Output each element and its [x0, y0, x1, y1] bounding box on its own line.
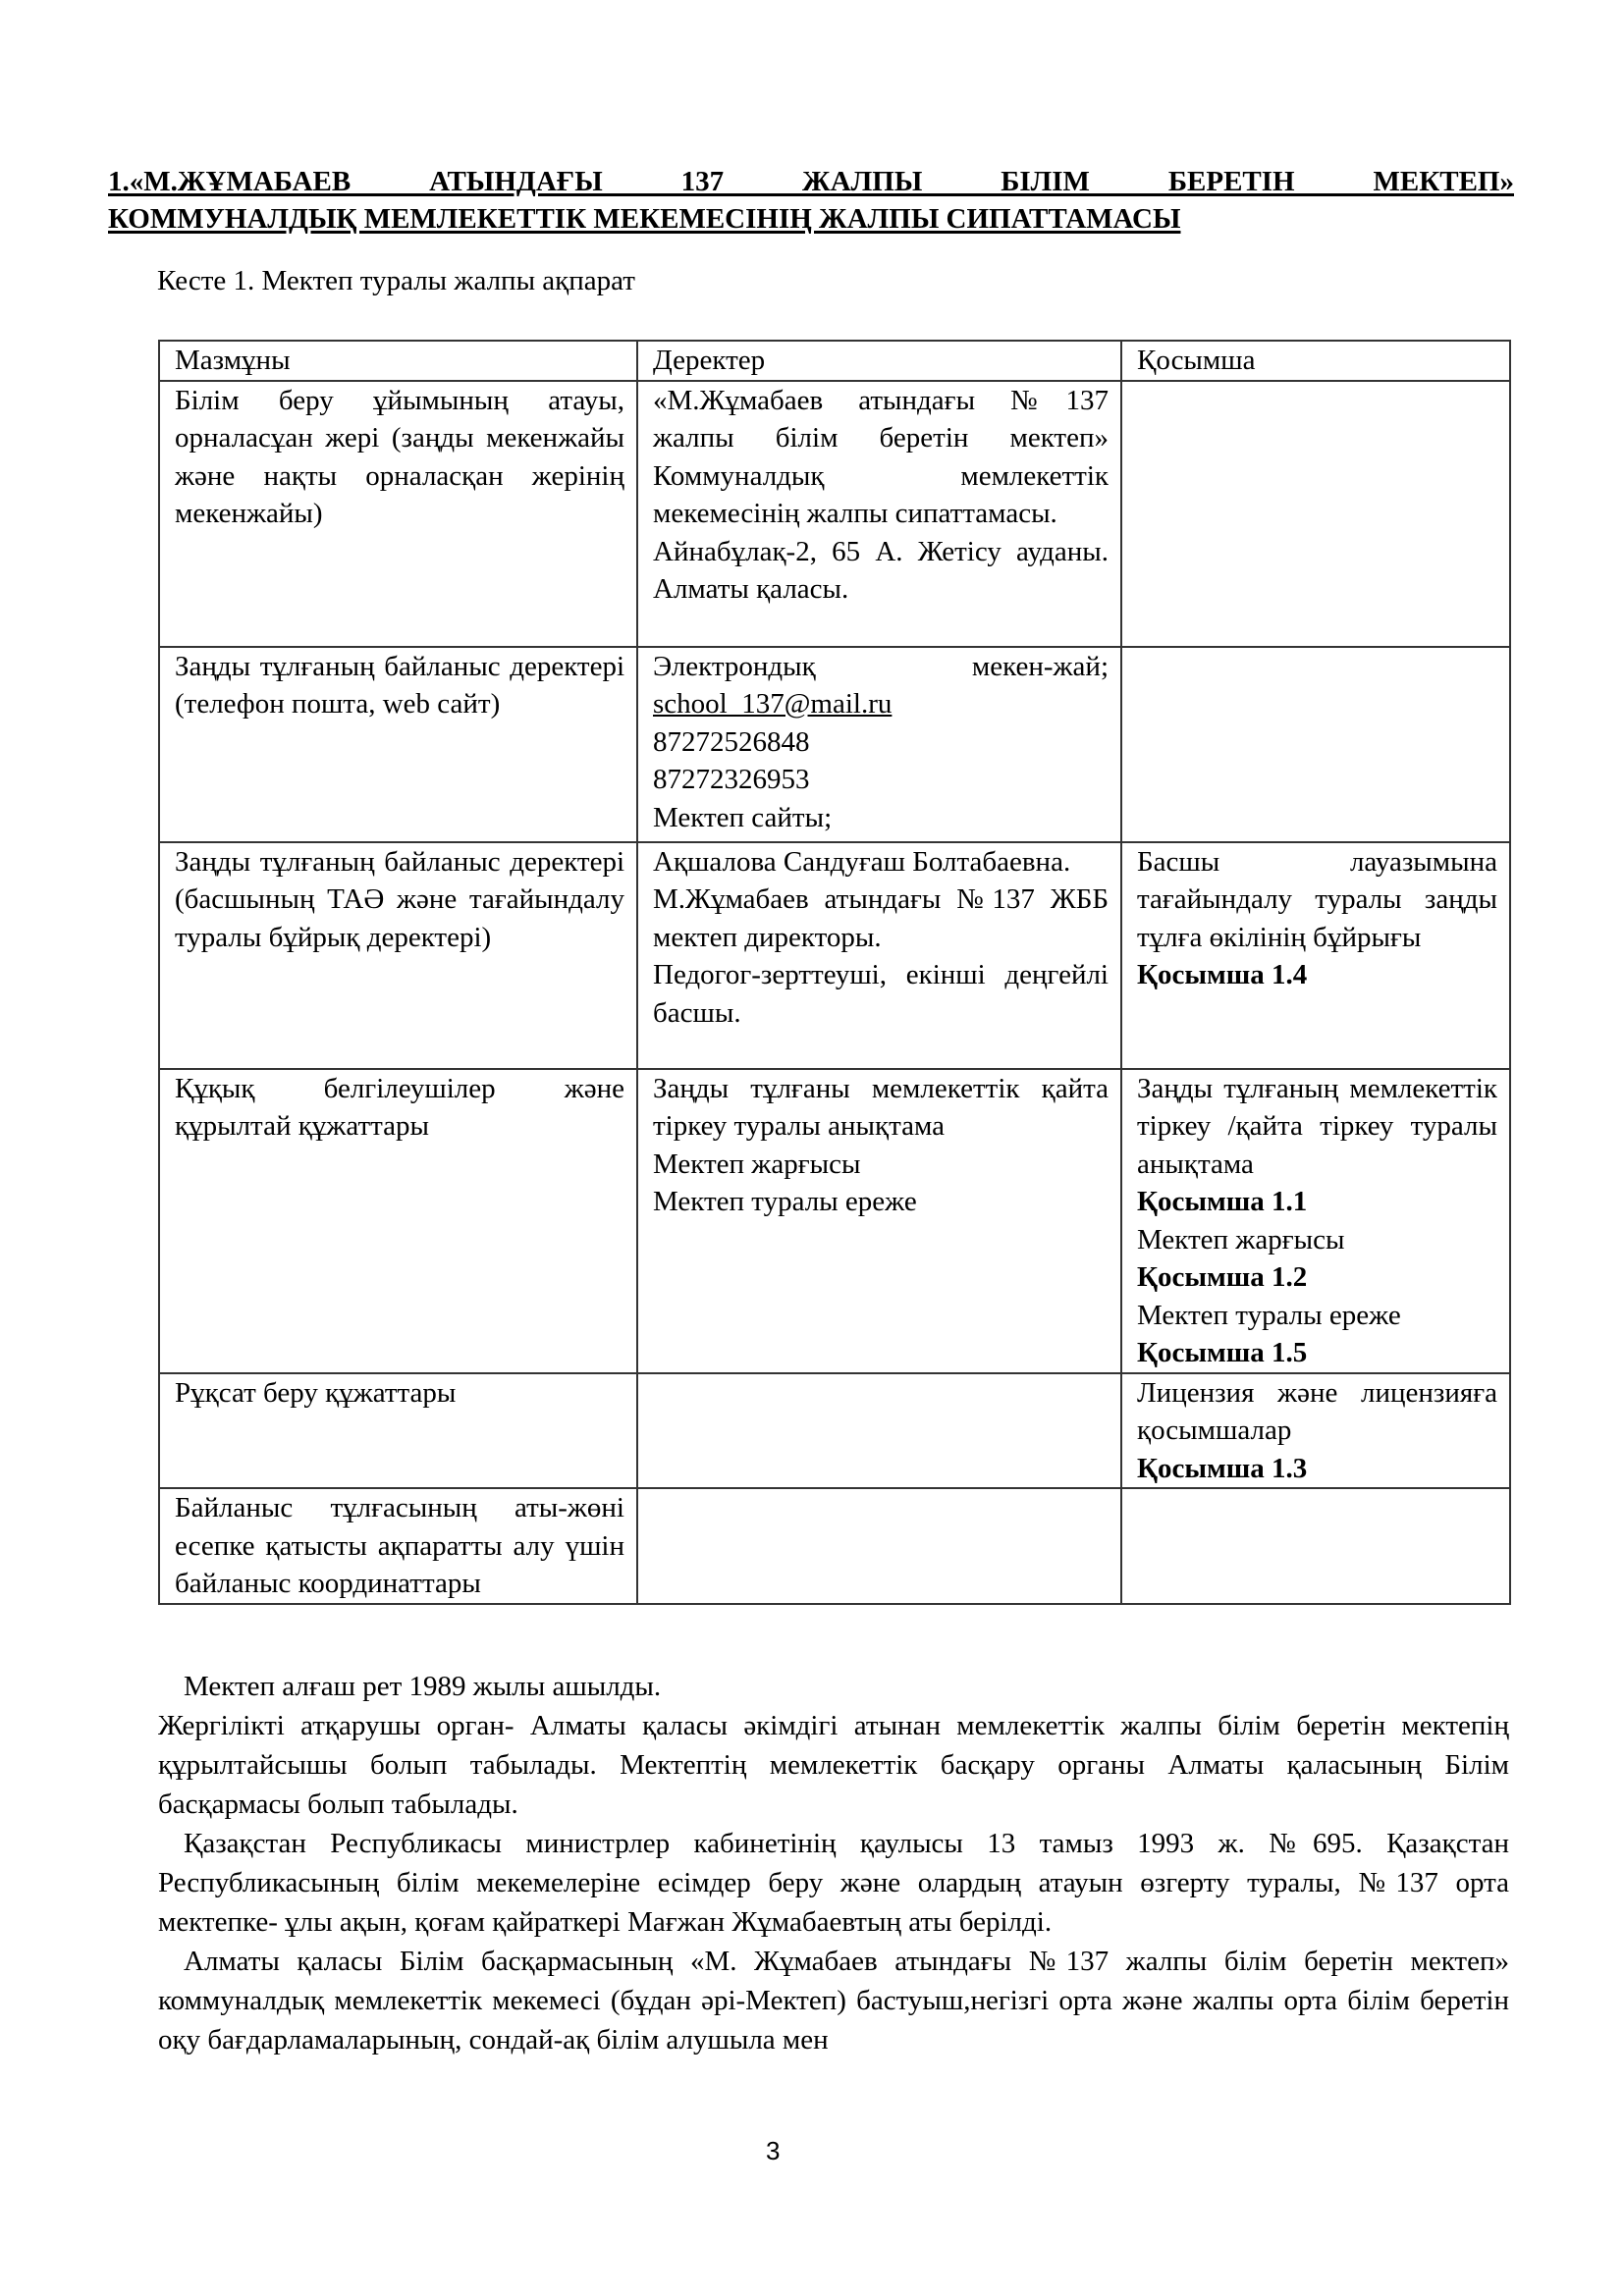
appendix-ref: Қосымша 1.4 [1137, 956, 1497, 994]
data-line: Мектеп жарғысы [653, 1146, 1109, 1184]
data-line: Мектеп туралы ереже [653, 1183, 1109, 1221]
table-header-row: Мазмұны Деректер Қосымша [159, 341, 1510, 381]
appendix-ref: Қосымша 1.1 [1137, 1183, 1497, 1221]
cell-data [637, 1488, 1121, 1604]
table-row: Рұқсат беру құжаттары Лицензия және лице… [159, 1373, 1510, 1489]
paragraph: Жергілікті атқарушы орган- Алматы қаласы… [158, 1706, 1509, 1824]
phone-number: 87272326953 [653, 761, 1109, 799]
director-name: Ақшалова Сандуғаш Болтабаевна. [653, 843, 1109, 881]
section-heading: 1.«М.ЖҰМАБАЕВ АТЫНДАҒЫ 137 ЖАЛПЫ БІЛІМ Б… [108, 163, 1514, 238]
header-appendix: Қосымша [1121, 341, 1510, 381]
table-row: Заңды тұлғаның байланыс деректері (басшы… [159, 842, 1510, 1069]
cell-data: Ақшалова Сандуғаш Болтабаевна. М.Жұмабае… [637, 842, 1121, 1069]
table-row: Байланыс тұлғасының аты-жөні есепке қаты… [159, 1488, 1510, 1604]
director-title: М.Жұмабаев атындағы №137 ЖББ мектеп дире… [653, 881, 1109, 956]
appendix-text: Басшы лауазымына тағайындалу туралы заңд… [1137, 843, 1497, 957]
cell-appendix [1121, 381, 1510, 647]
cell-appendix [1121, 1488, 1510, 1604]
cell-content: Заңды тұлғаның байланыс деректері (басшы… [159, 842, 637, 1069]
cell-content: Байланыс тұлғасының аты-жөні есепке қаты… [159, 1488, 637, 1604]
header-content: Мазмұны [159, 341, 637, 381]
table-row: Білім беру ұйымының атауы, орналасұан же… [159, 381, 1510, 647]
heading-line-2: КОММУНАЛДЫҚ МЕМЛЕКЕТТІК МЕКЕМЕСІНІҢ ЖАЛП… [108, 200, 1514, 238]
cell-appendix: Басшы лауазымына тағайындалу туралы заңд… [1121, 842, 1510, 1069]
cell-content: Заңды тұлғаның байланыс деректері (телеф… [159, 647, 637, 842]
cell-appendix [1121, 647, 1510, 842]
paragraph: Қазақстан Республикасы министрлер кабине… [158, 1824, 1509, 1942]
email-label: Электрондық мекен-жай; [653, 648, 1109, 686]
heading-line-1: 1.«М.ЖҰМАБАЕВ АТЫНДАҒЫ 137 ЖАЛПЫ БІЛІМ Б… [108, 163, 1514, 200]
paragraph: Мектеп алғаш рет 1989 жылы ашылды. [158, 1667, 1509, 1706]
email-link[interactable]: school_137@mail.ru [653, 688, 892, 720]
site-label: Мектеп сайты; [653, 799, 1109, 837]
data-line: Заңды тұлғаны мемлекеттік қайта тіркеу т… [653, 1070, 1109, 1146]
paragraph: Алматы қаласы Білім басқармасының «М. Жұ… [158, 1942, 1509, 2059]
cell-data [637, 1373, 1121, 1489]
cell-data: Электрондық мекен-жай; school_137@mail.r… [637, 647, 1121, 842]
cell-content: Білім беру ұйымының атауы, орналасұан же… [159, 381, 637, 647]
data-line: Айнабұлақ-2, 65 А. Жетісу ауданы. Алматы… [653, 533, 1109, 609]
body-text: Мектеп алғаш рет 1989 жылы ашылды. Жергі… [158, 1667, 1509, 2059]
header-data: Деректер [637, 341, 1121, 381]
appendix-ref: Қосымша 1.3 [1137, 1450, 1497, 1488]
appendix-text: Заңды тұлғаның мемлекеттік тіркеу /қайта… [1137, 1070, 1497, 1184]
page-number: 3 [766, 2136, 780, 2166]
appendix-text: Мектеп жарғысы [1137, 1221, 1497, 1259]
cell-content: Рұқсат беру құжаттары [159, 1373, 637, 1489]
document-page: 1.«М.ЖҰМАБАЕВ АТЫНДАҒЫ 137 ЖАЛПЫ БІЛІМ Б… [0, 0, 1624, 2296]
appendix-ref: Қосымша 1.2 [1137, 1258, 1497, 1297]
school-info-table: Мазмұны Деректер Қосымша Білім беру ұйым… [158, 340, 1511, 1605]
appendix-text: Мектеп туралы ереже [1137, 1297, 1497, 1335]
table-row: Құқық белгілеушілер және құрылтай құжатт… [159, 1069, 1510, 1373]
table-row: Заңды тұлғаның байланыс деректері (телеф… [159, 647, 1510, 842]
cell-data: «М.Жұмабаев атындағы №137 жалпы білім бе… [637, 381, 1121, 647]
data-line: «М.Жұмабаев атындағы №137 жалпы білім бе… [653, 382, 1109, 533]
cell-content: Құқық белгілеушілер және құрылтай құжатт… [159, 1069, 637, 1373]
director-rank: Педогог-зерттеуші, екінші деңгейлі басшы… [653, 956, 1109, 1032]
phone-number: 87272526848 [653, 723, 1109, 762]
appendix-ref: Қосымша 1.5 [1137, 1334, 1497, 1372]
cell-appendix: Заңды тұлғаның мемлекеттік тіркеу /қайта… [1121, 1069, 1510, 1373]
cell-appendix: Лицензия және лицензияға қосымшалар Қосы… [1121, 1373, 1510, 1489]
cell-data: Заңды тұлғаны мемлекеттік қайта тіркеу т… [637, 1069, 1121, 1373]
table-caption: Кесте 1. Мектеп туралы жалпы ақпарат [157, 263, 635, 298]
appendix-text: Лицензия және лицензияға қосымшалар [1137, 1374, 1497, 1450]
